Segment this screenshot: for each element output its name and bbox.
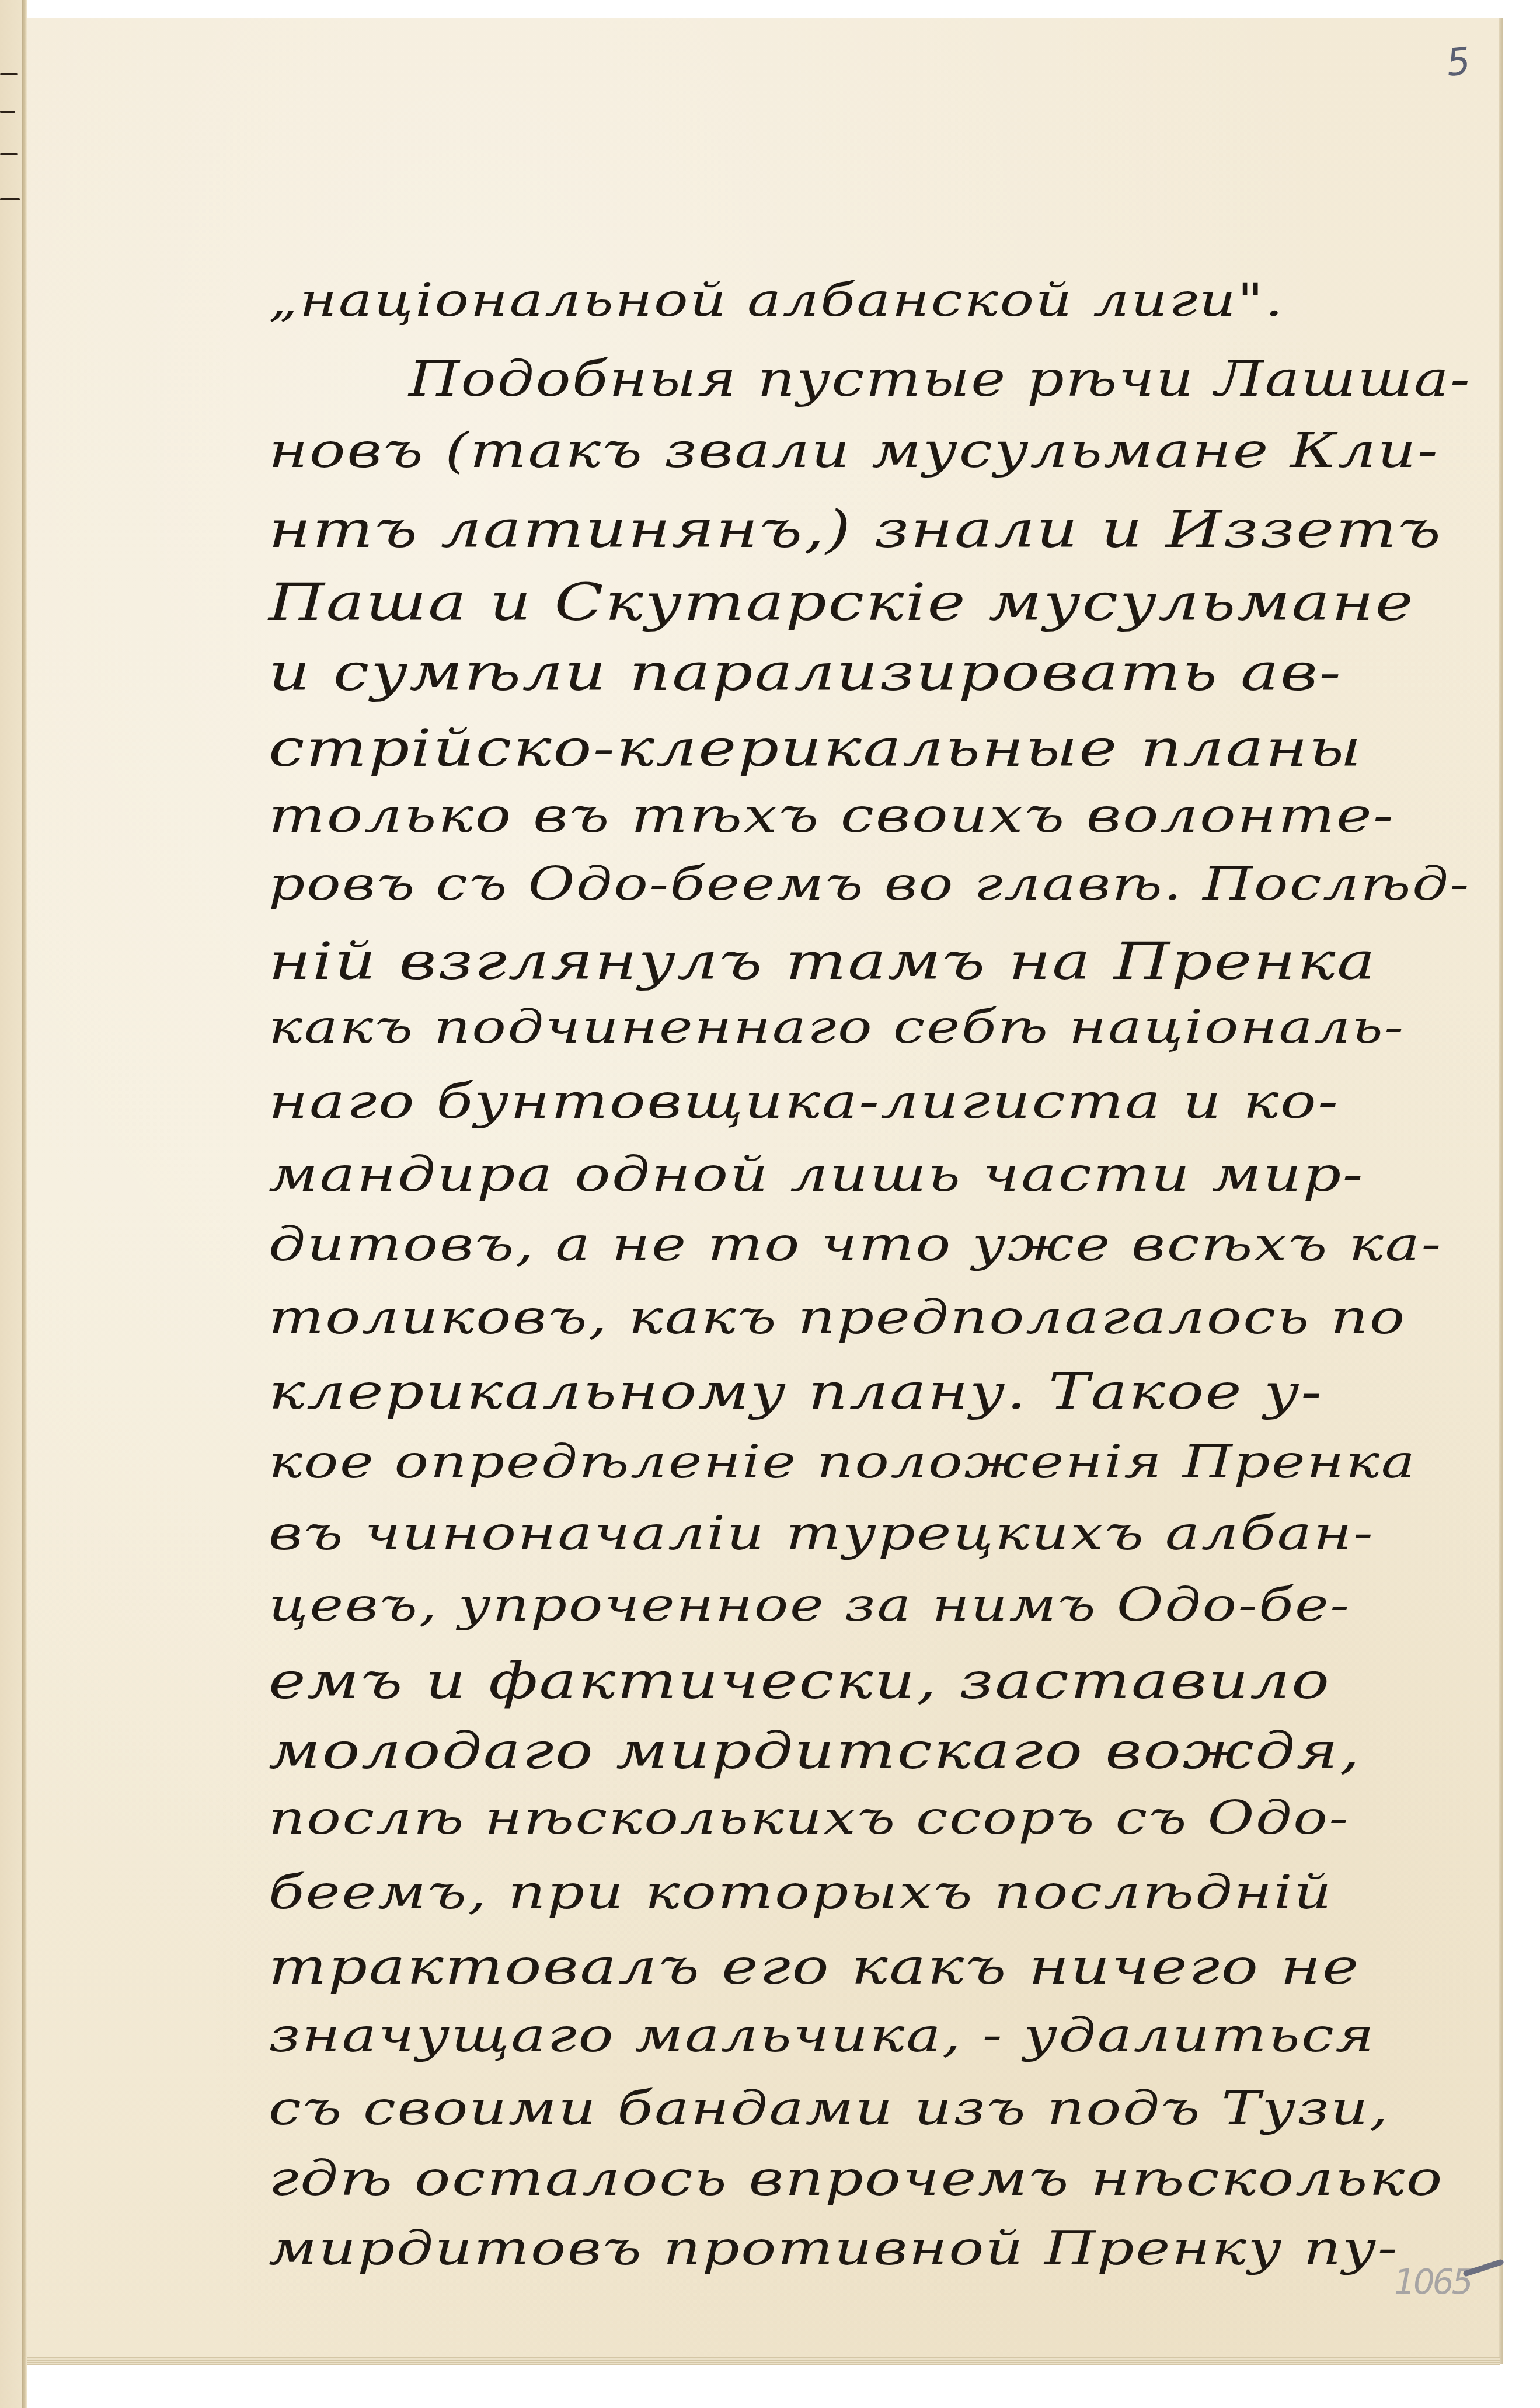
archive-number: 1065 <box>1394 2262 1471 2302</box>
text-line: въ чиноначаліи турецкихъ албан- <box>269 1506 1374 1560</box>
text-line: какъ подчиненнаго себѣ національ- <box>269 1001 1405 1054</box>
text-line: нтъ латинянъ,) знали и Иззетъ <box>269 499 1443 559</box>
text-line: Паша и Скутарскіе мусульмане <box>269 572 1414 632</box>
text-line: послѣ нѣсколькихъ ссоръ съ Одо- <box>269 1792 1350 1845</box>
text-line: цевъ, упроченное за нимъ Одо-бе- <box>269 1579 1351 1632</box>
text-line: молодаго мирдитскаго вождя, <box>269 1722 1361 1780</box>
text-line: и сумѣли парализировать ав- <box>269 642 1342 702</box>
adjacent-page-ink-mark <box>0 153 18 155</box>
text-line: ровъ съ Одо-беемъ во главѣ. Послѣд- <box>269 858 1471 911</box>
text-line: значущаго мальчика, - удалиться <box>269 2008 1375 2062</box>
text-line: только въ тѣхъ своихъ волонте- <box>269 788 1395 844</box>
text-line: Подобныя пустые рѣчи Лашша- <box>409 350 1471 407</box>
page-bottom-edge <box>27 2357 1500 2365</box>
adjacent-page-ink-mark <box>0 198 20 200</box>
folio-number: 5 <box>1444 40 1472 85</box>
text-line: новъ (такъ звали мусульмане Кли- <box>269 423 1439 479</box>
text-line: „національной албанской лиги". <box>269 274 1284 327</box>
text-line: стрійско-клерикальные планы <box>269 718 1363 778</box>
text-line: трактовалъ его какъ ничего не <box>269 1938 1360 1995</box>
text-line: емъ и фактически, заставило <box>269 1652 1330 1710</box>
text-line: ній взглянулъ тамъ на Пренка <box>269 931 1377 991</box>
text-line: дитовъ, а не то что уже всѣхъ ка- <box>269 1217 1443 1271</box>
text-line: толиковъ, какъ предполагалось по <box>269 1290 1406 1344</box>
adjacent-page-edge <box>0 0 23 2408</box>
text-line: клерикальному плану. Такое у- <box>269 1363 1323 1420</box>
page-right-edge <box>1499 18 1503 2364</box>
text-line: мандира одной лишь части мир- <box>269 1147 1364 1203</box>
adjacent-page-ink-mark <box>0 73 18 75</box>
page-binding-gutter <box>22 0 27 2408</box>
text-line: беемъ, при которыхъ послѣдній <box>269 1865 1333 1919</box>
text-line: съ своими бандами изъ подъ Тузи, <box>269 2081 1389 2135</box>
text-line: наго бунтовщика-лигиста и ко- <box>269 1074 1339 1130</box>
text-line: гдѣ осталось впрочемъ нѣсколько <box>269 2151 1444 2207</box>
adjacent-page-ink-mark <box>0 111 15 113</box>
text-line: мирдитовъ противной Пренку пу- <box>269 2221 1399 2275</box>
text-line: кое опредѣленіе положенія Пренка <box>269 1436 1416 1489</box>
